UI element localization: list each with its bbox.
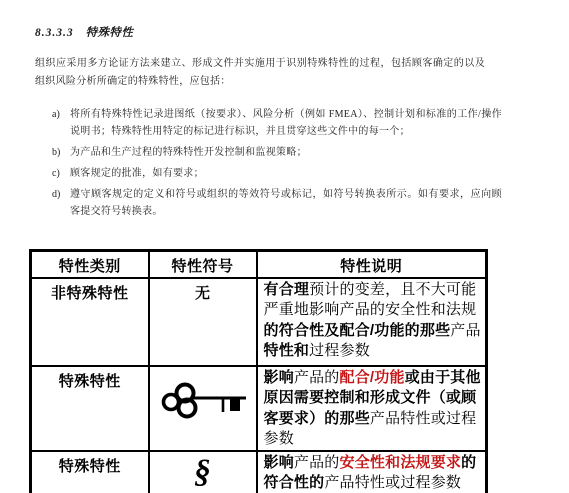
description-cell: 有合理预计的变差，且不大可能严重地影响产品的安全性和法规的符合性及配合/功能的那… (257, 278, 487, 366)
table-row-special-section: 特殊特性 § 影响产品的安全性和法规要求的符合性的产品特性或过程参数 (31, 451, 487, 493)
category-cell: 特殊特性 (31, 451, 149, 493)
list-item-c: c) 顾客规定的批准，如有要求； (52, 165, 569, 182)
section-number: 8.3.3.3 (35, 27, 74, 39)
list-item-d: d) 遵守顾客规定的定义和符号或组织的等效符号或标记，如符号转换表所示。如有要求… (52, 186, 569, 220)
list-item-text: 为产品和生产过程的特殊特性开发控制和监视策略； (70, 144, 502, 161)
section-sign-symbol: § (194, 455, 211, 489)
table-header-row: 特性类别 特性符号 特性说明 (31, 251, 487, 278)
symbol-cell: 无 (149, 278, 257, 366)
table-row-special-key: 特殊特性 影响产品的配合/功能或由于其他原因需要控制和形成文件（或顾客要求）的那… (31, 366, 487, 451)
list-item-text: 遵守顾客规定的定义和符号或组织的等效符号或标记，如符号转换表所示。如有要求，应向… (70, 186, 502, 220)
section-title: 特殊特性 (86, 27, 134, 39)
list-item-marker: c) (52, 165, 70, 182)
list-item-marker: d) (52, 186, 70, 220)
col-header-description: 特性说明 (257, 251, 487, 278)
section-heading: 8.3.3.3特殊特性 (35, 24, 569, 40)
intro-paragraph: 组织应采用多方论证方法来建立、形成文件并实施用于识别特殊特性的过程，包括顾客确定… (35, 55, 485, 91)
col-header-category: 特性类别 (31, 251, 149, 278)
requirement-list: a) 将所有特殊特性记录进图纸（按要求）、风险分析（例如 FMEA）、控制计划和… (52, 106, 569, 220)
document-page: 8.3.3.3特殊特性 组织应采用多方论证方法来建立、形成文件并实施用于识别特殊… (0, 0, 569, 493)
key-icon (159, 381, 247, 423)
list-item-a: a) 将所有特殊特性记录进图纸（按要求）、风险分析（例如 FMEA）、控制计划和… (52, 106, 569, 140)
col-header-symbol: 特性符号 (149, 251, 257, 278)
description-cell: 影响产品的安全性和法规要求的符合性的产品特性或过程参数 (257, 451, 487, 493)
list-item-b: b) 为产品和生产过程的特殊特性开发控制和监视策略； (52, 144, 569, 161)
list-item-text: 顾客规定的批准，如有要求； (70, 165, 502, 182)
symbol-cell (149, 366, 257, 451)
category-cell: 特殊特性 (31, 366, 149, 451)
table-row-non-special: 非特殊特性 无 有合理预计的变差，且不大可能严重地影响产品的安全性和法规的符合性… (31, 278, 487, 366)
list-item-marker: b) (52, 144, 70, 161)
list-item-text: 将所有特殊特性记录进图纸（按要求）、风险分析（例如 FMEA）、控制计划和标准的… (70, 106, 502, 140)
characteristics-table: 特性类别 特性符号 特性说明 非特殊特性 无 有合理预计的变差，且不大可能严重地… (29, 249, 488, 493)
list-item-marker: a) (52, 106, 70, 140)
symbol-cell: § (149, 451, 257, 493)
category-cell: 非特殊特性 (31, 278, 149, 366)
no-symbol-label: 无 (195, 285, 210, 302)
description-cell: 影响产品的配合/功能或由于其他原因需要控制和形成文件（或顾客要求）的那些产品特性… (257, 366, 487, 451)
